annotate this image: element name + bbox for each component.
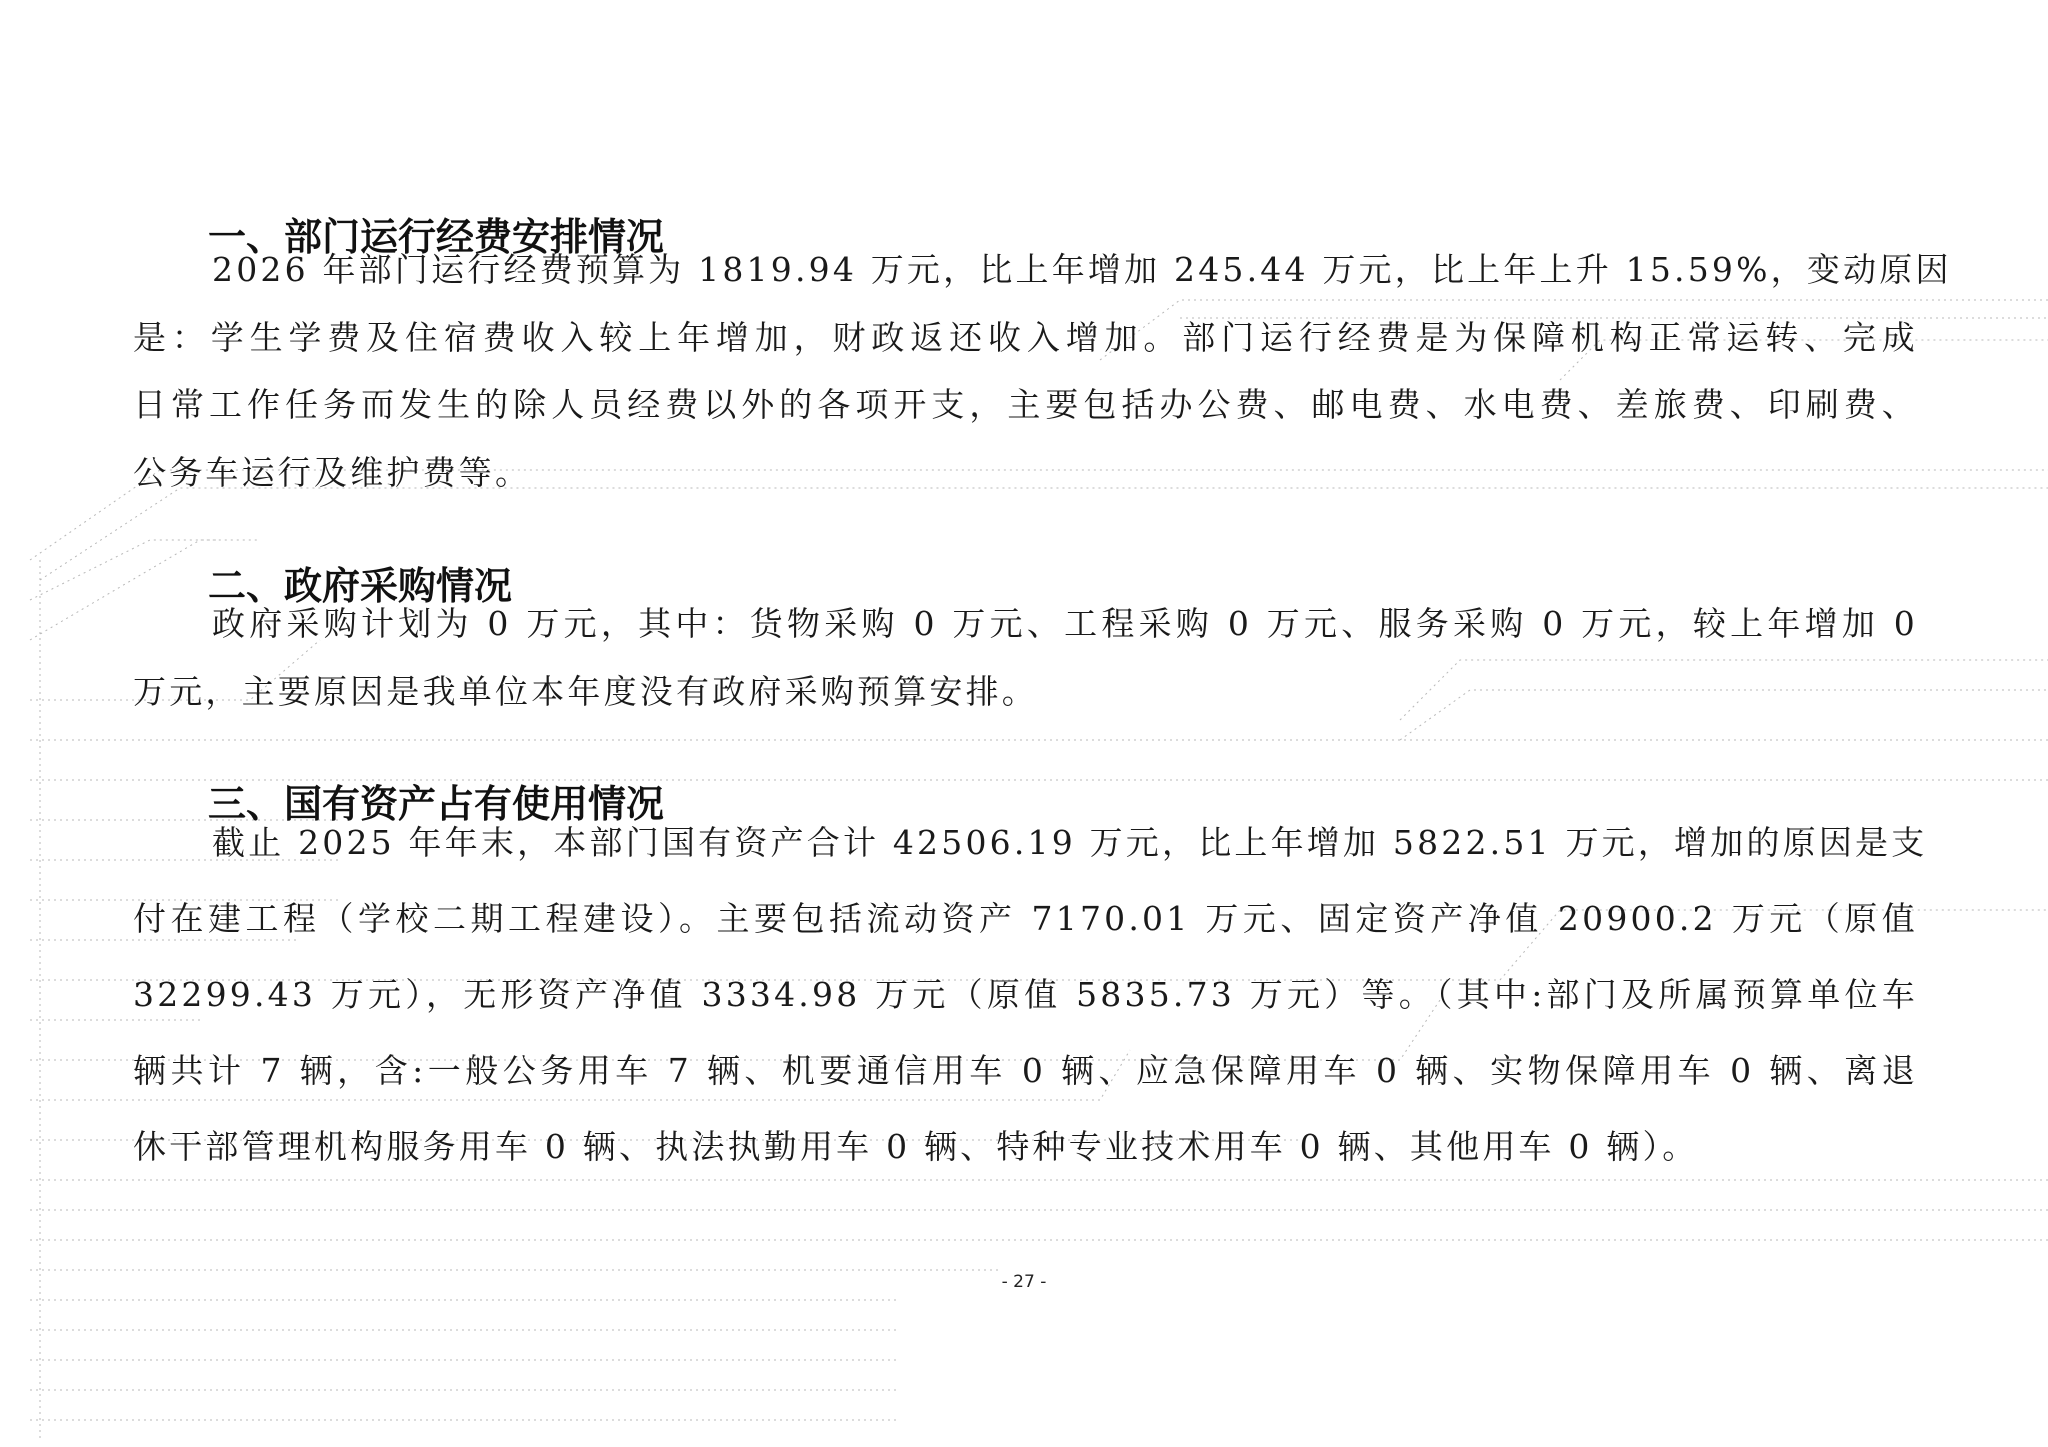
text-line: 是：学生学费及住宿费收入较上年增加，财政返还收入增加。部门运行经费是为保障机构正… (133, 304, 1918, 372)
text-line: 截止 2025 年年末，本部门国有资产合计 42506.19 万元，比上年增加 … (133, 805, 1918, 881)
paragraph-operating-expenses: 2026 年部门运行经费预算为 1819.94 万元，比上年增加 245.44 … (133, 236, 1918, 506)
text-line: 32299.43 万元），无形资产净值 3334.98 万元（原值 5835.7… (133, 957, 1918, 1033)
text-line: 万元，主要原因是我单位本年度没有政府采购预算安排。 (133, 658, 1918, 726)
text-line: 2026 年部门运行经费预算为 1819.94 万元，比上年增加 245.44 … (133, 236, 1918, 304)
text-line: 公务车运行及维护费等。 (133, 439, 1918, 507)
text-line: 政府采购计划为 0 万元，其中：货物采购 0 万元、工程采购 0 万元、服务采购… (133, 590, 1918, 658)
paragraph-government-procurement: 政府采购计划为 0 万元，其中：货物采购 0 万元、工程采购 0 万元、服务采购… (133, 590, 1918, 725)
text-line: 休干部管理机构服务用车 0 辆、执法执勤用车 0 辆、特种专业技术用车 0 辆、… (133, 1109, 1918, 1185)
paragraph-state-assets: 截止 2025 年年末，本部门国有资产合计 42506.19 万元，比上年增加 … (133, 805, 1918, 1185)
text-line: 辆共计 7 辆，含:一般公务用车 7 辆、机要通信用车 0 辆、应急保障用车 0… (133, 1033, 1918, 1109)
document-page: 一、部门运行经费安排情况 2026 年部门运行经费预算为 1819.94 万元，… (0, 0, 2048, 1447)
text-line: 付在建工程（学校二期工程建设）。主要包括流动资产 7170.01 万元、固定资产… (133, 881, 1918, 957)
text-line: 日常工作任务而发生的除人员经费以外的各项开支，主要包括办公费、邮电费、水电费、差… (133, 371, 1918, 439)
page-number: - 27 - (0, 1272, 2048, 1292)
